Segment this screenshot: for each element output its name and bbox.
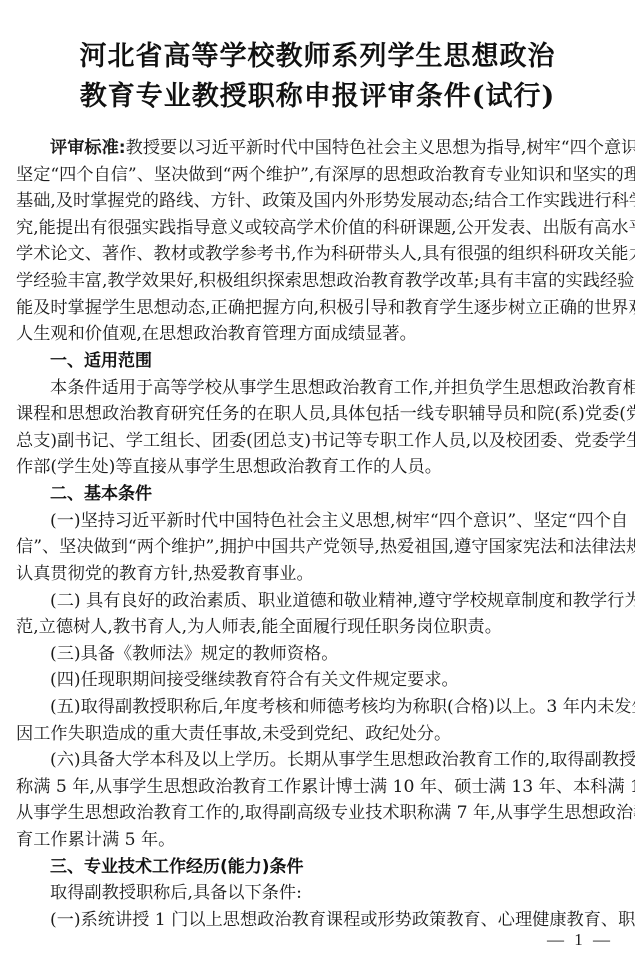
- basic-condition-line: (五)取得副教授职称后,年度考核和师德考核均为称职(合格)以上。3 年内未发生: [50, 694, 620, 720]
- basic-condition-line: 育工作累计满 5 年。: [16, 827, 620, 853]
- scope-paragraph-line: 课程和思想政治教育研究任务的在职人员,具体包括一线专职辅导员和院(系)党委(党: [16, 401, 620, 427]
- standard-paragraph-line: 基础,及时掌握党的路线、方针、政策及国内外形势发展动态;结合工作实践进行科学研: [16, 188, 620, 214]
- section-heading-basic-conditions: 二、基本条件: [50, 481, 152, 507]
- standard-paragraph-line: 能及时掌握学生思想动态,正确把握方向,积极引导和教育学生逐步树立正确的世界观、: [16, 295, 620, 321]
- section-heading-experience: 三、专业技术工作经历(能力)条件: [50, 854, 304, 880]
- basic-condition-line: 从事学生思想政治教育工作的,取得副高级专业技术职称满 7 年,从事学生思想政治教: [16, 800, 620, 826]
- basic-condition-line: (二) 具有良好的政治素质、职业道德和敬业精神,遵守学校规章制度和教学行为规: [50, 588, 620, 614]
- document-page: 河北省高等学校教师系列学生思想政治 教育专业教授职称申报评审条件(试行) 评审标…: [0, 0, 635, 956]
- standard-paragraph-line: 坚定“四个自信”、坚决做到“两个维护”,有深厚的思想政治教育专业知识和坚实的理论: [16, 162, 620, 188]
- basic-condition-line: (一)坚持习近平新时代中国特色社会主义思想,树牢“四个意识”、坚定“四个自: [50, 508, 620, 534]
- basic-condition-line: 认真贯彻党的教育方针,热爱教育事业。: [16, 561, 620, 587]
- basic-condition-line: 因工作失职造成的重大责任事故,未受到党纪、政纪处分。: [16, 721, 620, 747]
- scope-paragraph-line: 作部(学生处)等直接从事学生思想政治教育工作的人员。: [16, 454, 620, 480]
- standard-paragraph-line: 学经验丰富,教学效果好,积极组织探索思想政治教育教学改革;具有丰富的实践经验,: [16, 268, 620, 294]
- page-number: — 1 —: [547, 930, 613, 950]
- basic-condition-line: (三)具备《教师法》规定的教师资格。: [50, 641, 620, 667]
- scope-paragraph-line: 总支)副书记、学工组长、团委(团总支)书记等专职工作人员,以及校团委、党委学生工: [16, 428, 620, 454]
- experience-line: (一)系统讲授 1 门以上思想政治教育课程或形势政策教育、心理健康教育、职业发: [50, 907, 620, 933]
- basic-condition-line: (六)具备大学本科及以上学历。长期从事学生思想政治教育工作的,取得副教授职: [50, 747, 620, 773]
- standard-paragraph-line: 评审标准:教授要以习近平新时代中国特色社会主义思想为指导,树牢“四个意识”、: [50, 135, 620, 161]
- scope-paragraph-line: 本条件适用于高等学校从事学生思想政治教育工作,并担负学生思想政治教育相关: [50, 375, 620, 401]
- standard-label: 评审标准:: [50, 138, 126, 158]
- basic-condition-line: 称满 5 年,从事学生思想政治教育工作累计博士满 10 年、硕士满 13 年、本…: [16, 774, 620, 800]
- section-heading-scope: 一、适用范围: [50, 348, 152, 374]
- document-title-line-1: 河北省高等学校教师系列学生思想政治: [0, 34, 635, 73]
- standard-paragraph-line: 学术论文、著作、教材或教学参考书,作为科研带头人,具有很强的组织科研攻关能力;教: [16, 241, 620, 267]
- basic-condition-line: 信”、坚决做到“两个维护”,拥护中国共产党领导,热爱祖国,遵守国家宪法和法律法规…: [16, 534, 620, 560]
- standard-paragraph-line: 人生观和价值观,在思想政治教育管理方面成绩显著。: [16, 321, 620, 347]
- basic-condition-line: 范,立德树人,教书育人,为人师表,能全面履行现任职务岗位职责。: [16, 614, 620, 640]
- experience-line: 取得副教授职称后,具备以下条件:: [50, 880, 620, 906]
- standard-paragraph-line: 究,能提出有很强实践指导意义或较高学术价值的科研课题,公开发表、出版有高水平的: [16, 215, 620, 241]
- basic-condition-line: (四)任现职期间接受继续教育符合有关文件规定要求。: [50, 667, 620, 693]
- document-title-line-2: 教育专业教授职称申报评审条件(试行): [0, 74, 635, 113]
